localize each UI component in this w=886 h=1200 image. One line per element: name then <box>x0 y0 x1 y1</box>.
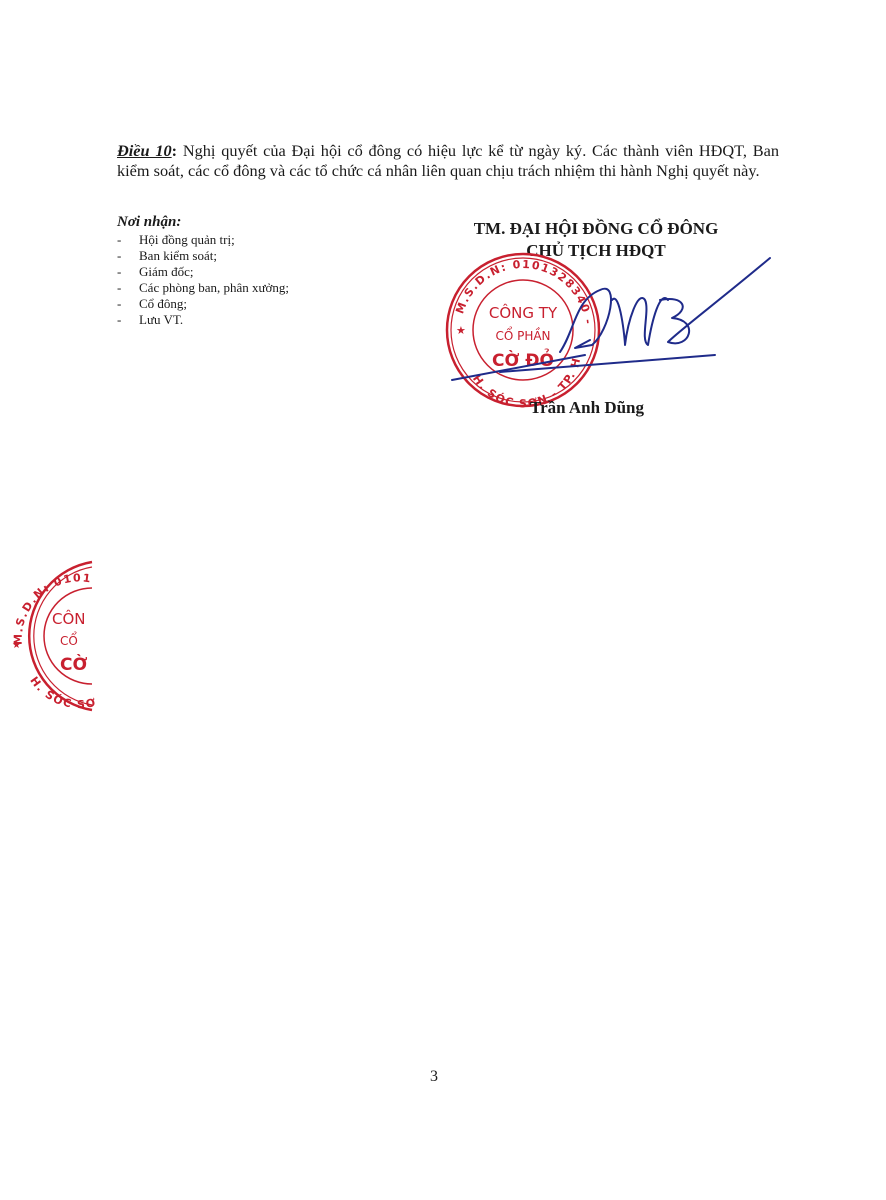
svg-text:M.S.D.N: 0101: M.S.D.N: 0101 <box>12 571 93 645</box>
svg-text:H. SÓC SƠN - TP. HÀ NỘI: H. SÓC SƠN - TP. HÀ NỘI <box>0 0 584 410</box>
company-stamp: M.S.D.N: 0101328340 - C.T.C.P H. SÓC SƠN… <box>0 0 599 410</box>
recipients-heading: Nơi nhận: <box>117 214 289 230</box>
recipient-label: Giám đốc; <box>139 264 194 280</box>
partial-stamp-line-3: CỜ <box>60 653 87 675</box>
recipient-item: -Lưu VT. <box>117 312 289 328</box>
handwritten-signature <box>452 258 770 380</box>
article-text: Nghị quyết của Đại hội cổ đông có hiệu l… <box>117 141 779 180</box>
stamp-bottom-text: H. SÓC SƠN - TP. HÀ NỘI <box>0 0 584 410</box>
recipient-item: -Giám đốc; <box>117 264 289 280</box>
partial-company-stamp: M.S.D.N: 0101 H. SÓC SƠN ★ CÔN CỔ CỜ <box>0 0 98 711</box>
bullet-dash: - <box>117 312 139 328</box>
recipient-item: -Hội đồng quản trị; <box>117 232 289 248</box>
page-number: 3 <box>430 1068 438 1086</box>
recipients-list: -Hội đồng quản trị;-Ban kiểm soát;-Giám … <box>117 232 289 328</box>
signature-line-1: TM. ĐẠI HỘI ĐỒNG CỔ ĐÔNG <box>440 218 752 240</box>
stamp-inner-line-1: CÔNG TY <box>489 303 558 322</box>
recipient-item: -Ban kiểm soát; <box>117 248 289 264</box>
partial-stamp-bottom-text: H. SÓC SƠN <box>0 0 98 711</box>
article-label: Điều 10 <box>117 141 172 160</box>
bullet-dash: - <box>117 280 139 296</box>
bullet-dash: - <box>117 248 139 264</box>
recipient-label: Lưu VT. <box>139 312 183 328</box>
article-10-paragraph: Điều 10: Nghị quyết của Đại hội cổ đông … <box>117 141 779 181</box>
recipient-label: Ban kiểm soát; <box>139 248 217 264</box>
partial-stamp-top-text: M.S.D.N: 0101 <box>12 571 93 645</box>
signer-name: Trần Anh Dũng <box>530 398 644 418</box>
signature-title: TM. ĐẠI HỘI ĐỒNG CỔ ĐÔNG CHỦ TỊCH HĐQT <box>440 218 752 262</box>
recipient-label: Hội đồng quản trị; <box>139 232 235 248</box>
svg-text:H. SÓC SƠN: H. SÓC SƠN <box>0 0 98 711</box>
bullet-dash: - <box>117 232 139 248</box>
bullet-dash: - <box>117 296 139 312</box>
partial-stamp-line-2: CỔ <box>60 632 78 648</box>
recipient-item: -Các phòng ban, phân xưởng; <box>117 280 289 296</box>
recipient-item: -Cổ đông; <box>117 296 289 312</box>
recipient-label: Cổ đông; <box>139 296 187 312</box>
stamp-star-icon: ★ <box>456 324 466 337</box>
partial-stamp-star-icon: ★ <box>12 640 21 651</box>
stamp-inner-line-3: CỜ ĐỎ <box>492 347 554 371</box>
recipient-label: Các phòng ban, phân xưởng; <box>139 280 289 296</box>
bullet-dash: - <box>117 264 139 280</box>
partial-stamp-line-1: CÔN <box>52 609 86 628</box>
stamp-inner-line-2: CỔ PHẦN <box>495 327 550 343</box>
signature-line-2: CHỦ TỊCH HĐQT <box>440 240 752 262</box>
recipients-block: Nơi nhận: -Hội đồng quản trị;-Ban kiểm s… <box>117 214 289 328</box>
